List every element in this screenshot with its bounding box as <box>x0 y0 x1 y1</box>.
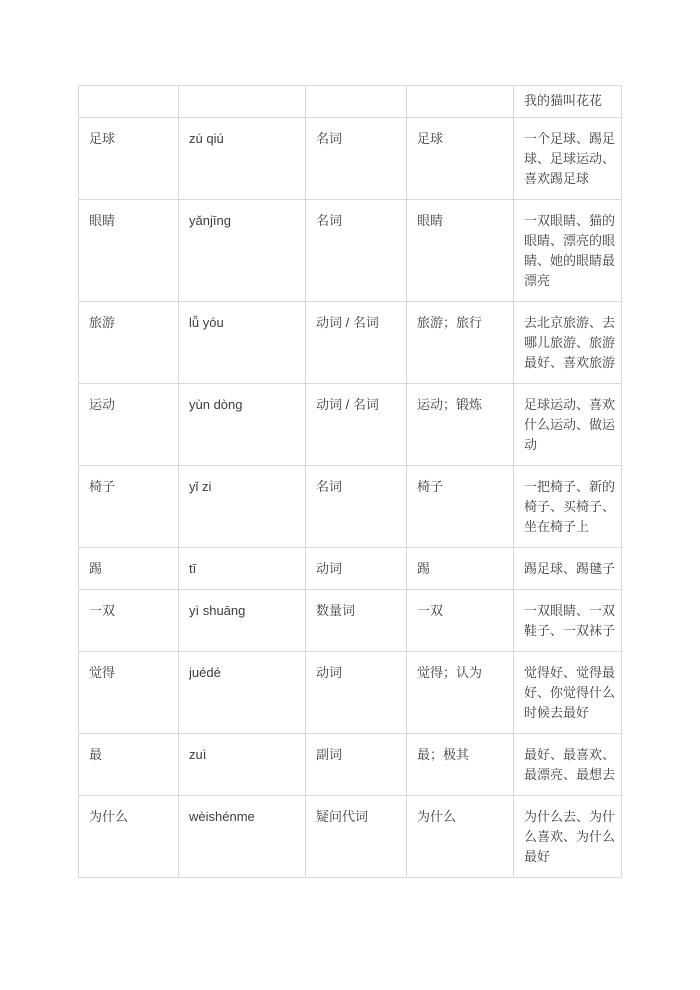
pinyin-cell: tī <box>179 548 306 590</box>
document-page: 我的猫叫花花足球zú qiú名词足球一个足球、踢足球、足球运动、喜欢踢足球眼睛y… <box>0 0 700 990</box>
table-row: 为什么wèishénme疑问代词为什么为什么去、为什么喜欢、为什么最好 <box>79 796 622 878</box>
table-row: 足球zú qiú名词足球一个足球、踢足球、足球运动、喜欢踢足球 <box>79 118 622 200</box>
pinyin-cell <box>179 86 306 118</box>
pinyin-cell: zuì <box>179 734 306 796</box>
word-cell <box>79 86 179 118</box>
word-cell: 觉得 <box>79 652 179 734</box>
part-of-speech-cell: 名词 <box>306 200 407 302</box>
word-cell: 为什么 <box>79 796 179 878</box>
table-row: 椅子yǐ zi名词椅子一把椅子、新的椅子、买椅子、坐在椅子上 <box>79 466 622 548</box>
table-row: 最zuì副词最；极其最好、最喜欢、最漂亮、最想去 <box>79 734 622 796</box>
examples-cell: 一把椅子、新的椅子、买椅子、坐在椅子上 <box>514 466 622 548</box>
table-row: 踢tī动词踢踢足球、踢毽子 <box>79 548 622 590</box>
word-cell: 椅子 <box>79 466 179 548</box>
pinyin-cell: yǎnjīng <box>179 200 306 302</box>
part-of-speech-cell: 名词 <box>306 118 407 200</box>
meaning-cell: 踢 <box>407 548 514 590</box>
word-cell: 一双 <box>79 590 179 652</box>
meaning-cell: 足球 <box>407 118 514 200</box>
table-row: 一双yì shuāng数量词一双一双眼睛、一双鞋子、一双袜子 <box>79 590 622 652</box>
meaning-cell <box>407 86 514 118</box>
examples-cell: 我的猫叫花花 <box>514 86 622 118</box>
part-of-speech-cell: 名词 <box>306 466 407 548</box>
part-of-speech-cell: 数量词 <box>306 590 407 652</box>
meaning-cell: 椅子 <box>407 466 514 548</box>
table-row: 眼睛yǎnjīng名词眼睛一双眼睛、猫的眼睛、漂亮的眼睛、她的眼睛最漂亮 <box>79 200 622 302</box>
examples-cell: 为什么去、为什么喜欢、为什么最好 <box>514 796 622 878</box>
examples-cell: 一个足球、踢足球、足球运动、喜欢踢足球 <box>514 118 622 200</box>
examples-cell: 去北京旅游、去哪儿旅游、旅游最好、喜欢旅游 <box>514 302 622 384</box>
meaning-cell: 一双 <box>407 590 514 652</box>
pinyin-cell: yì shuāng <box>179 590 306 652</box>
examples-cell: 一双眼睛、猫的眼睛、漂亮的眼睛、她的眼睛最漂亮 <box>514 200 622 302</box>
meaning-cell: 旅游；旅行 <box>407 302 514 384</box>
table-row: 觉得juédé动词觉得；认为觉得好、觉得最好、你觉得什么时候去最好 <box>79 652 622 734</box>
vocab-rows: 我的猫叫花花足球zú qiú名词足球一个足球、踢足球、足球运动、喜欢踢足球眼睛y… <box>79 86 622 878</box>
word-cell: 旅游 <box>79 302 179 384</box>
word-cell: 踢 <box>79 548 179 590</box>
examples-cell: 最好、最喜欢、最漂亮、最想去 <box>514 734 622 796</box>
part-of-speech-cell <box>306 86 407 118</box>
part-of-speech-cell: 副词 <box>306 734 407 796</box>
vocabulary-table: 我的猫叫花花足球zú qiú名词足球一个足球、踢足球、足球运动、喜欢踢足球眼睛y… <box>78 85 622 878</box>
word-cell: 眼睛 <box>79 200 179 302</box>
pinyin-cell: zú qiú <box>179 118 306 200</box>
part-of-speech-cell: 动词 / 名词 <box>306 302 407 384</box>
table-row-partial: 我的猫叫花花 <box>79 86 622 118</box>
meaning-cell: 眼睛 <box>407 200 514 302</box>
examples-cell: 一双眼睛、一双鞋子、一双袜子 <box>514 590 622 652</box>
pinyin-cell: wèishénme <box>179 796 306 878</box>
part-of-speech-cell: 动词 / 名词 <box>306 384 407 466</box>
part-of-speech-cell: 动词 <box>306 548 407 590</box>
word-cell: 运动 <box>79 384 179 466</box>
meaning-cell: 为什么 <box>407 796 514 878</box>
meaning-cell: 觉得；认为 <box>407 652 514 734</box>
part-of-speech-cell: 动词 <box>306 652 407 734</box>
pinyin-cell: juédé <box>179 652 306 734</box>
examples-cell: 足球运动、喜欢什么运动、做运动 <box>514 384 622 466</box>
meaning-cell: 最；极其 <box>407 734 514 796</box>
table-row: 旅游lǚ yóu动词 / 名词旅游；旅行去北京旅游、去哪儿旅游、旅游最好、喜欢旅… <box>79 302 622 384</box>
table-row: 运动yùn dòng动词 / 名词运动；锻炼足球运动、喜欢什么运动、做运动 <box>79 384 622 466</box>
word-cell: 足球 <box>79 118 179 200</box>
examples-cell: 踢足球、踢毽子 <box>514 548 622 590</box>
pinyin-cell: lǚ yóu <box>179 302 306 384</box>
word-cell: 最 <box>79 734 179 796</box>
part-of-speech-cell: 疑问代词 <box>306 796 407 878</box>
meaning-cell: 运动；锻炼 <box>407 384 514 466</box>
examples-cell: 觉得好、觉得最好、你觉得什么时候去最好 <box>514 652 622 734</box>
pinyin-cell: yùn dòng <box>179 384 306 466</box>
pinyin-cell: yǐ zi <box>179 466 306 548</box>
